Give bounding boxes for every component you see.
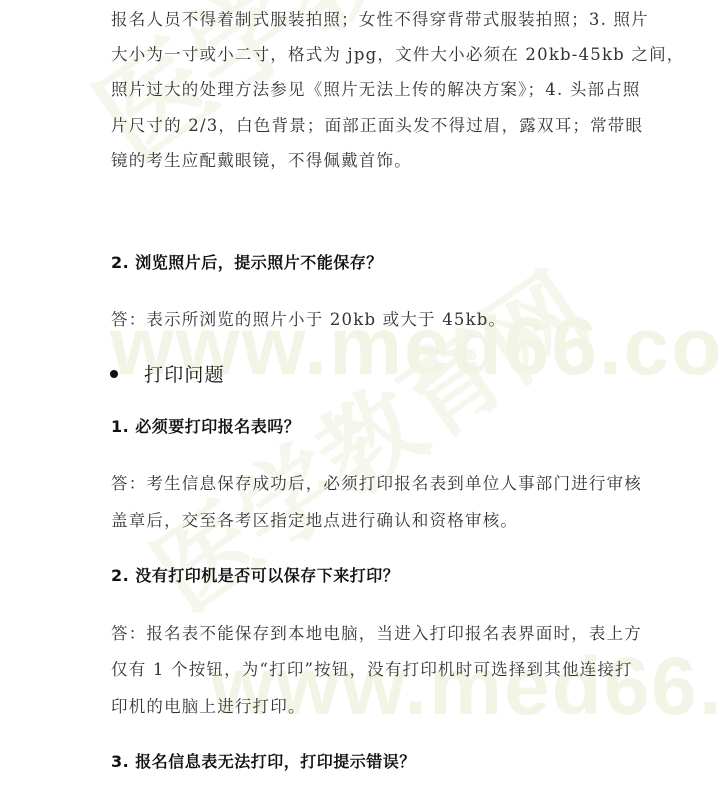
question-heading: 1. 必须要打印报名表吗？ (111, 414, 300, 437)
section-title: 打印问题 (144, 364, 225, 386)
paragraph-line: 片尺寸的 2/3，白色背景；面部正面头发不得过眉，露双耳；常带眼 (111, 112, 643, 136)
answer-line: 答：考生信息保存成功后，必须打印报名表到单位人事部门进行审核 (111, 470, 642, 494)
answer-line: 盖章后，交至各考区指定地点进行确认和资格审核。 (111, 507, 518, 531)
paragraph-line: 报名人员不得着制式服装拍照；女性不得穿背带式服装拍照；3. 照片 (111, 6, 649, 30)
document-page: 报名人员不得着制式服装拍照；女性不得穿背带式服装拍照；3. 照片 大小为一寸或小… (0, 0, 720, 790)
paragraph-line: 照片过大的处理方法参见《照片无法上传的解决方案》；4. 头部占照 (111, 76, 641, 100)
answer-line: 仅有 1 个按钮，为“打印”按钮，没有打印机时可选择到其他连接打 (111, 656, 633, 680)
question-heading: 2. 浏览照片后，提示照片不能保存？ (111, 250, 383, 273)
bullet-icon (110, 370, 118, 378)
question-heading: 3. 报名信息表无法打印，打印提示错误？ (111, 749, 416, 772)
paragraph-line: 镜的考生应配戴眼镜，不得佩戴首饰。 (111, 147, 412, 171)
section-heading-print: 打印问题 (110, 360, 225, 387)
answer-line: 印机的电脑上进行打印。 (111, 693, 306, 717)
answer-line: 答：报名表不能保存到本地电脑，当进入打印报名表界面时，表上方 (111, 620, 642, 644)
answer-line: 答：表示所浏览的照片小于 20kb 或大于 45kb。 (111, 306, 506, 330)
paragraph-line: 大小为一寸或小二寸，格式为 jpg，文件大小必须在 20kb-45kb 之间， (111, 41, 684, 65)
question-heading: 2. 没有打印机是否可以保存下来打印？ (111, 563, 399, 586)
